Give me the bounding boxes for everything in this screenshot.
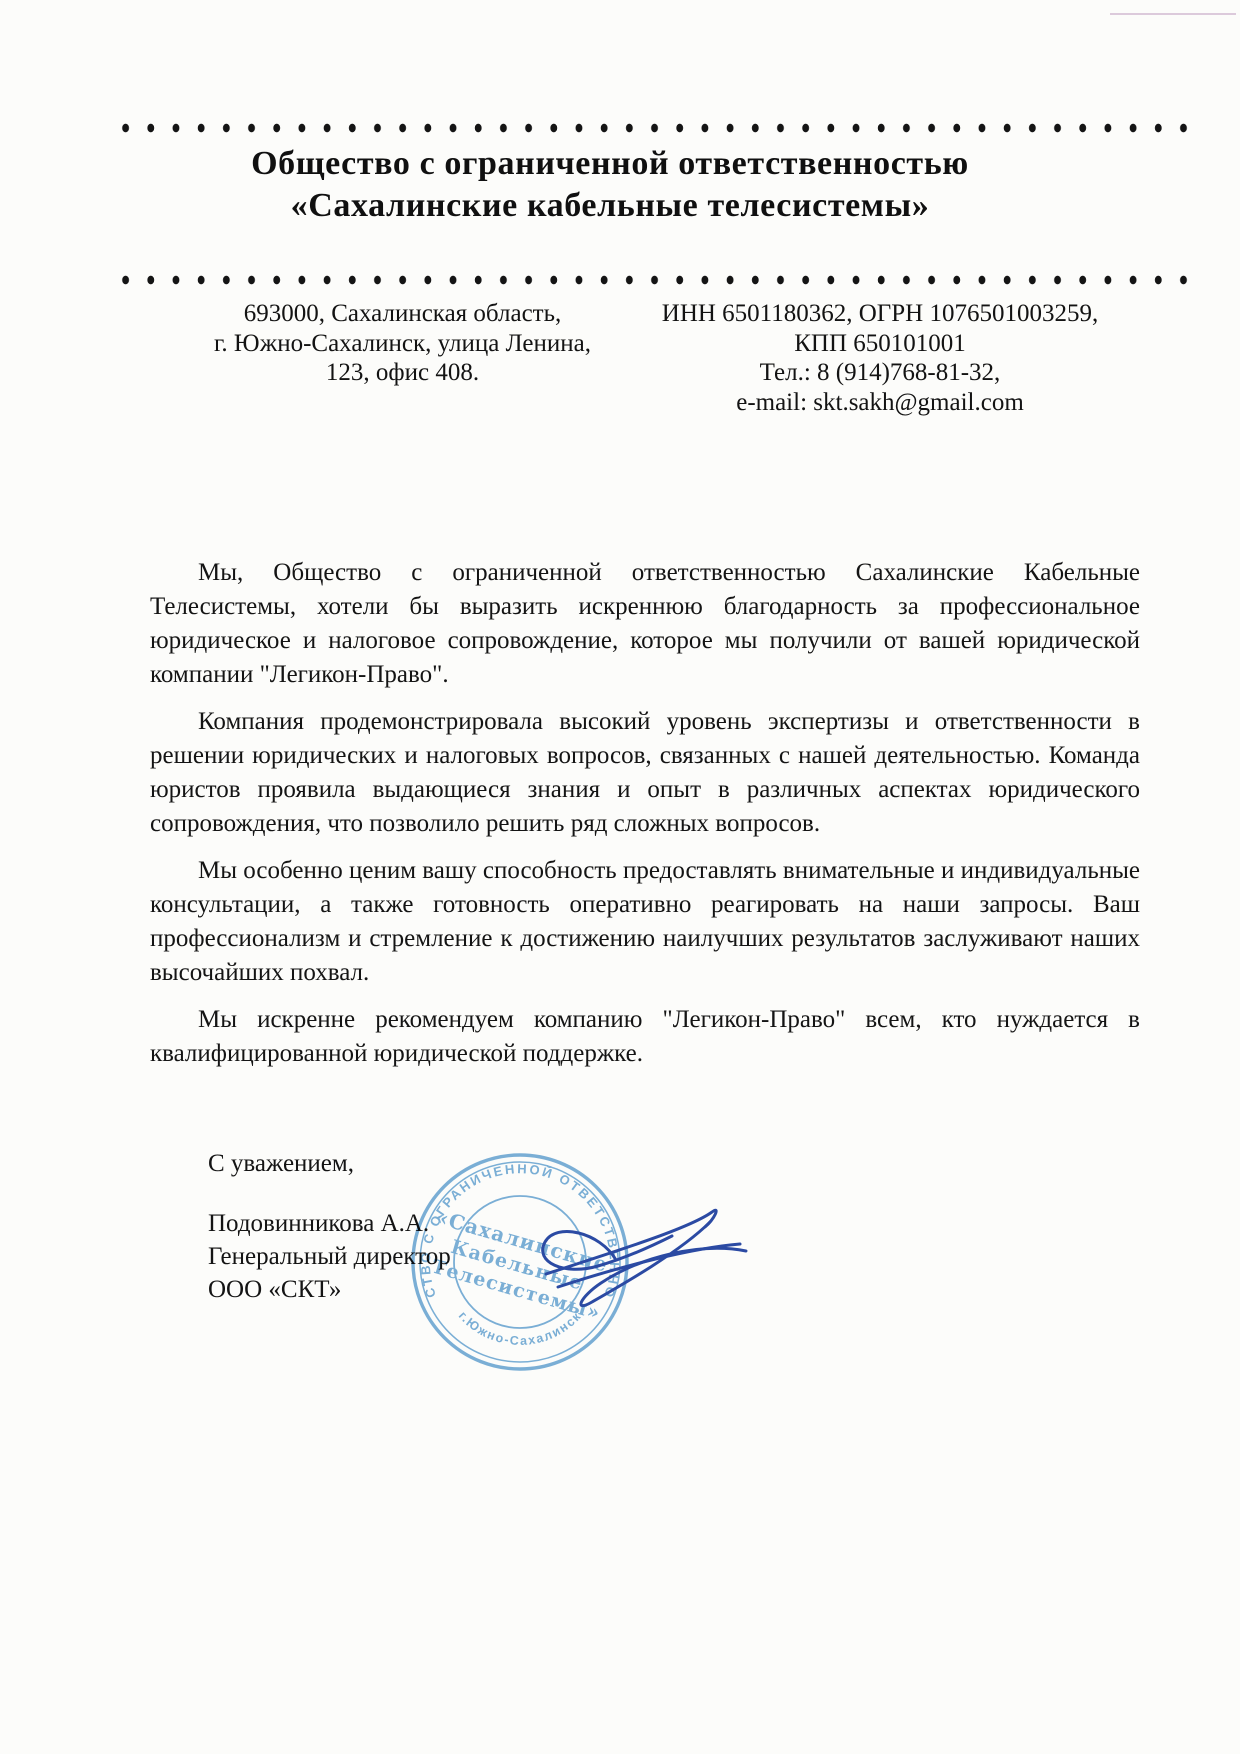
email-line: e-mail: skt.sakh@gmail.com xyxy=(655,388,1105,418)
dotted-divider-top xyxy=(113,120,1195,136)
requisites-block: ИНН 6501180362, ОГРН 1076501003259, КПП … xyxy=(655,299,1105,417)
phone-line: Тел.: 8 (914)768-81-32, xyxy=(655,358,1105,388)
signature-graphic xyxy=(500,1190,760,1330)
dotted-divider-bottom xyxy=(113,272,1195,288)
kpp-line: КПП 650101001 xyxy=(655,329,1105,359)
scan-artifact-line xyxy=(1110,13,1236,15)
paragraph-appreciation: Мы особенно ценим вашу способность предо… xyxy=(150,854,1140,990)
letterhead: Общество с ограниченной ответственностью… xyxy=(130,143,1090,227)
paragraph-expertise: Компания продемонстрировала высокий уров… xyxy=(150,705,1140,841)
org-name-line: «Сахалинские кабельные телесистемы» xyxy=(130,185,1090,227)
address-line-1: 693000, Сахалинская область, xyxy=(180,299,625,329)
scanned-letter-page: Общество с ограниченной ответственностью… xyxy=(0,0,1240,1754)
inn-ogrn-line: ИНН 6501180362, ОГРН 1076501003259, xyxy=(655,299,1105,329)
address-line-3: 123, офис 408. xyxy=(180,358,625,388)
paragraph-gratitude: Мы, Общество с ограниченной ответственно… xyxy=(150,556,1140,692)
paragraph-recommendation: Мы искренне рекомендуем компанию "Легико… xyxy=(150,1003,1140,1071)
signature-strokes xyxy=(543,1210,746,1305)
org-type-line: Общество с ограниченной ответственностью xyxy=(130,143,1090,185)
letter-body: Мы, Общество с ограниченной ответственно… xyxy=(150,556,1140,1084)
postal-address-block: 693000, Сахалинская область, г. Южно-Сах… xyxy=(180,299,625,388)
handwritten-signature xyxy=(500,1190,760,1330)
address-line-2: г. Южно-Сахалинск, улица Ленина, xyxy=(180,329,625,359)
